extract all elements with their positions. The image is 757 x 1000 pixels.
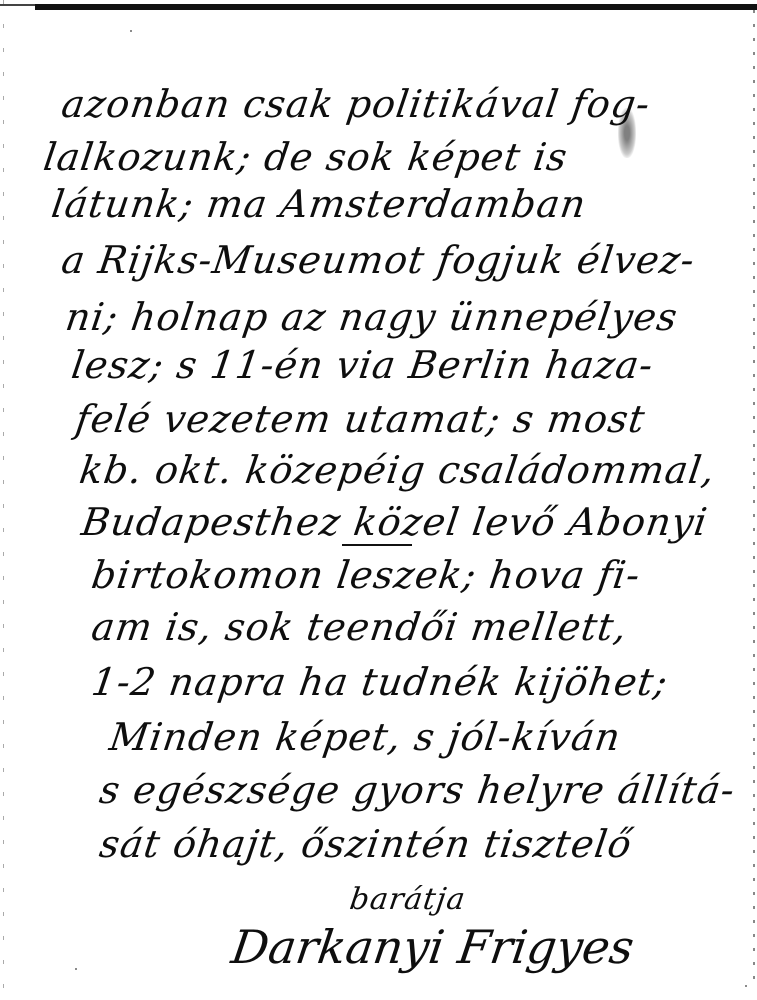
letter-line-11: am is, sok teendői mellett, xyxy=(89,605,630,649)
page-top-border xyxy=(35,4,757,10)
letter-line-15: sát óhajt, őszintén tisztelő xyxy=(97,822,635,866)
letter-line-14: s egészsége gyors helyre állítá- xyxy=(97,768,738,812)
underline-kozel xyxy=(342,544,412,546)
signature: Darkanyi Frigyes xyxy=(228,920,637,974)
letter-line-9: Budapesthez közel levő Abonyi xyxy=(79,500,711,544)
letter-line-7: felé vezetem utamat; s most xyxy=(73,397,648,441)
scan-speck xyxy=(745,985,747,987)
letter-line-1: azonban csak politikával fog- xyxy=(59,82,653,126)
scan-speck xyxy=(75,968,77,970)
page-top-edge xyxy=(0,4,35,6)
letter-line-10: birtokomon leszek; hova fi- xyxy=(89,553,644,597)
letter-line-5: ni; holnap az nagy ünnepélyes xyxy=(63,295,681,339)
page-right-edge xyxy=(753,10,755,990)
page-left-edge xyxy=(3,0,4,1000)
letter-line-13: Minden képet, s jól-kíván xyxy=(107,715,624,759)
letter-line-8: kb. okt. közepéig családommal, xyxy=(77,448,718,492)
letter-line-6: lesz; s 11-én via Berlin haza- xyxy=(69,343,656,387)
letter-line-4: a Rijks-Museumot fogjuk élvez- xyxy=(59,238,698,282)
letter-line-2: lalkozunk; de sok képet is xyxy=(41,135,571,179)
scan-speck xyxy=(130,30,132,32)
letter-line-3: látunk; ma Amsterdamban xyxy=(49,182,589,226)
letter-line-12: 1-2 napra ha tudnék kijöhet; xyxy=(89,660,671,704)
closing-word: barátja xyxy=(348,882,468,917)
